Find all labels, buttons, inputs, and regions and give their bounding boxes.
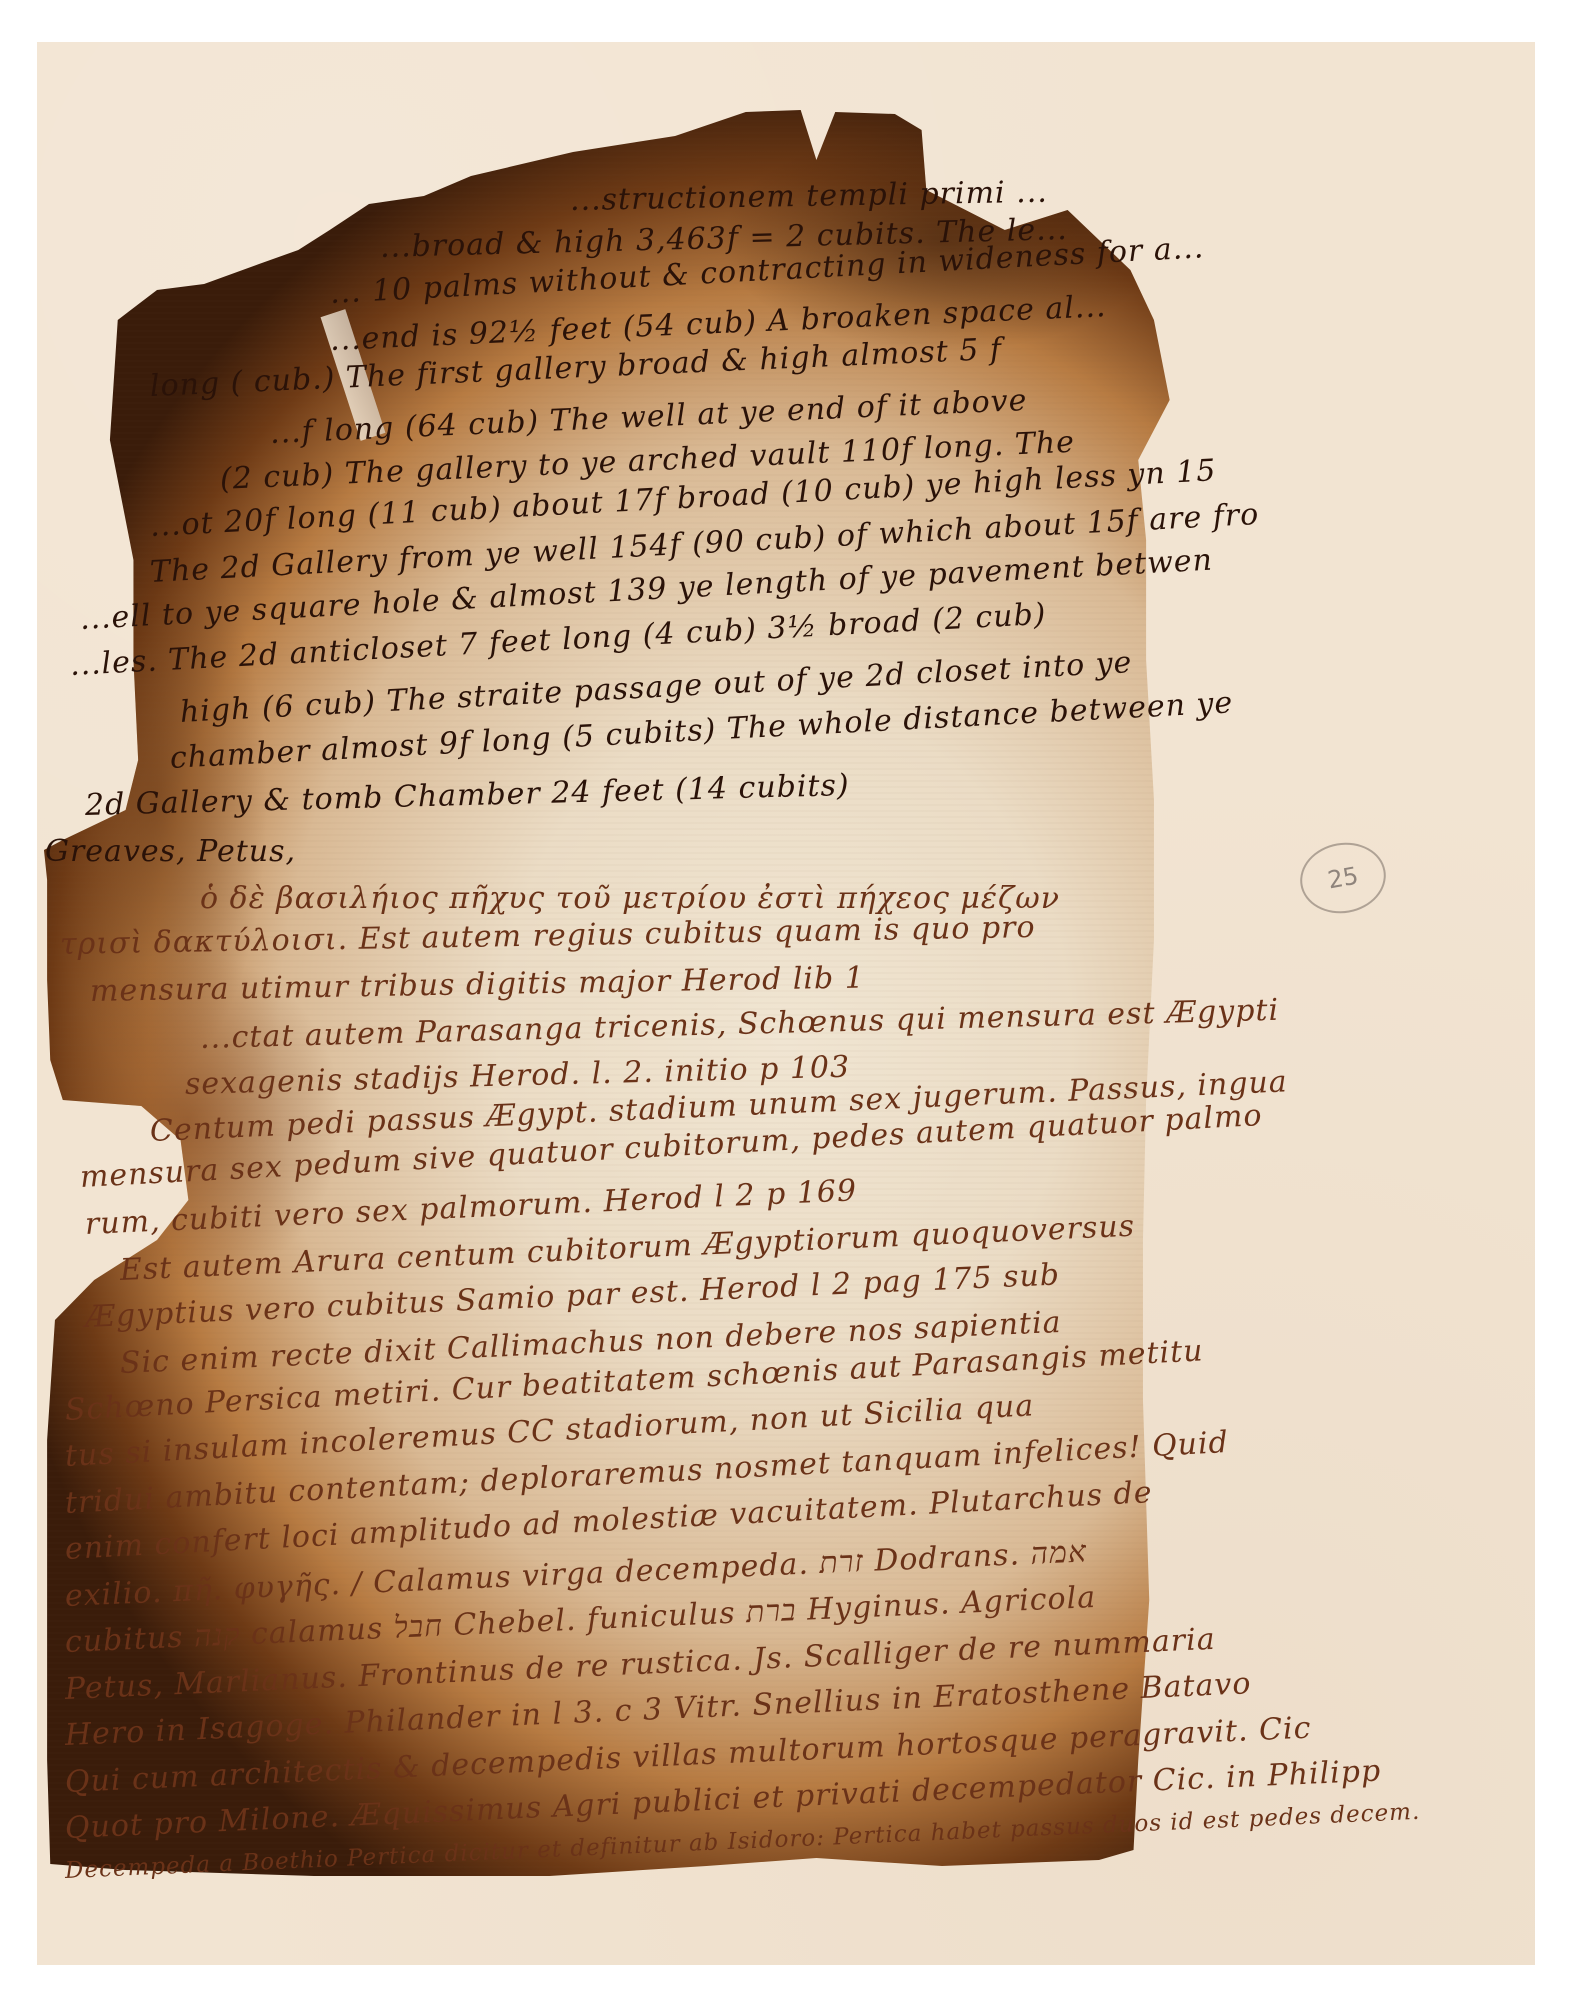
manuscript-line: ὁ δὲ βασιλήιος πῆχυς τοῦ μετρίου ἐστὶ πή… — [200, 881, 1060, 916]
manuscript-line: Greaves, Petus, — [45, 834, 296, 869]
handwritten-text-block: ...structionem templi primi ......broad … — [0, 0, 1570, 2000]
manuscript-line: ...structionem templi primi ... — [570, 175, 1048, 218]
manuscript-line: mensura utimur tribus digitis major Hero… — [90, 960, 865, 1009]
manuscript-line: 2d Gallery & tomb Chamber 24 feet (14 cu… — [85, 768, 850, 823]
manuscript-line: τρισὶ δακτύλοισι. Est autem regius cubit… — [60, 910, 1036, 962]
